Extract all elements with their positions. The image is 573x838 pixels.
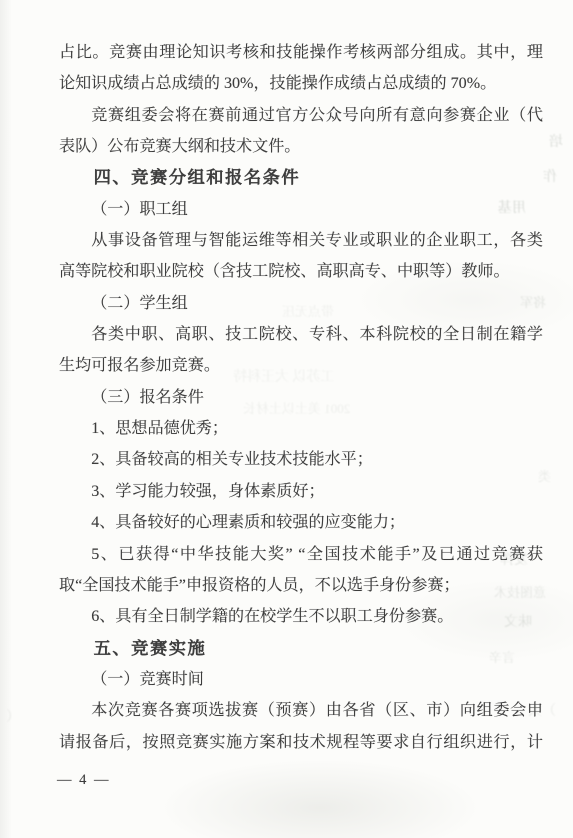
document-page: 占比。竞赛由理论知识考核和技能操作考核两部分组成。其中，理论知识成绩占总成绩的 … xyxy=(0,0,573,838)
text-line: 1、思想品德优秀； xyxy=(59,413,543,444)
section-heading: 五、竞赛实施 xyxy=(59,633,543,664)
text-line: 4、具备较好的心理素质和较强的应变能力； xyxy=(59,507,543,538)
text-line: （一）竞赛时间 xyxy=(59,664,543,695)
text-line: 6、具有全日制学籍的在校学生不以职工身份参赛。 xyxy=(59,601,543,632)
text-line: 竞赛组委会将在赛前通过官方公众号向所有意向参赛企业（代 xyxy=(59,100,543,131)
text-line: 各类中职、高职、技工院校、专科、本科院校的全日制在籍学 xyxy=(59,319,543,350)
text-line: 占比。竞赛由理论知识考核和技能操作考核两部分组成。其中，理 xyxy=(59,37,543,68)
text-line: （二）学生组 xyxy=(59,288,543,319)
bleed-through-artifact: 培 xyxy=(549,131,563,151)
text-line: 论知识成绩占总成绩的 30%，技能操作成绩占总成绩的 70%。 xyxy=(59,68,543,99)
page-number: — 4 — xyxy=(57,772,111,789)
text-line: 2、具备较高的相关专业技术技能水平； xyxy=(59,444,543,475)
text-line: （一）职工组 xyxy=(59,194,543,225)
text-line: 请报备后，按照竞赛实施方案和技术规程等要求自行组织进行，计 xyxy=(59,727,543,758)
bleed-through-artifact: 作 xyxy=(543,166,557,186)
text-line: 从事设备管理与智能运维等相关专业或职业的企业职工，各类 xyxy=(59,225,543,256)
text-line: 表队）公布竞赛大纲和技术文件。 xyxy=(59,131,543,162)
text-line: （三）报名条件 xyxy=(59,382,543,413)
text-line: 生均可报名参加竞赛。 xyxy=(59,350,543,381)
text-line: 3、学习能力较强，身体素质好； xyxy=(59,476,543,507)
bleed-through-artifact: （ xyxy=(6,706,20,726)
text-line: 取“全国技术能手”申报资格的人员，不以选手身份参赛； xyxy=(59,570,543,601)
text-line: 本次竞赛各赛项选拔赛（预赛）由各省（区、市）向组委会申 xyxy=(59,695,543,726)
section-heading: 四、竞赛分组和报名条件 xyxy=(59,162,543,193)
document-content: 占比。竞赛由理论知识考核和技能操作考核两部分组成。其中，理论知识成绩占总成绩的 … xyxy=(59,37,543,758)
text-line: 高等院校和职业院校（含技工院校、高职高专、中职等）教师。 xyxy=(59,256,543,287)
text-line: 5、已获得“中华技能大奖” “全国技术能手”及已通过竞赛获 xyxy=(59,539,543,570)
